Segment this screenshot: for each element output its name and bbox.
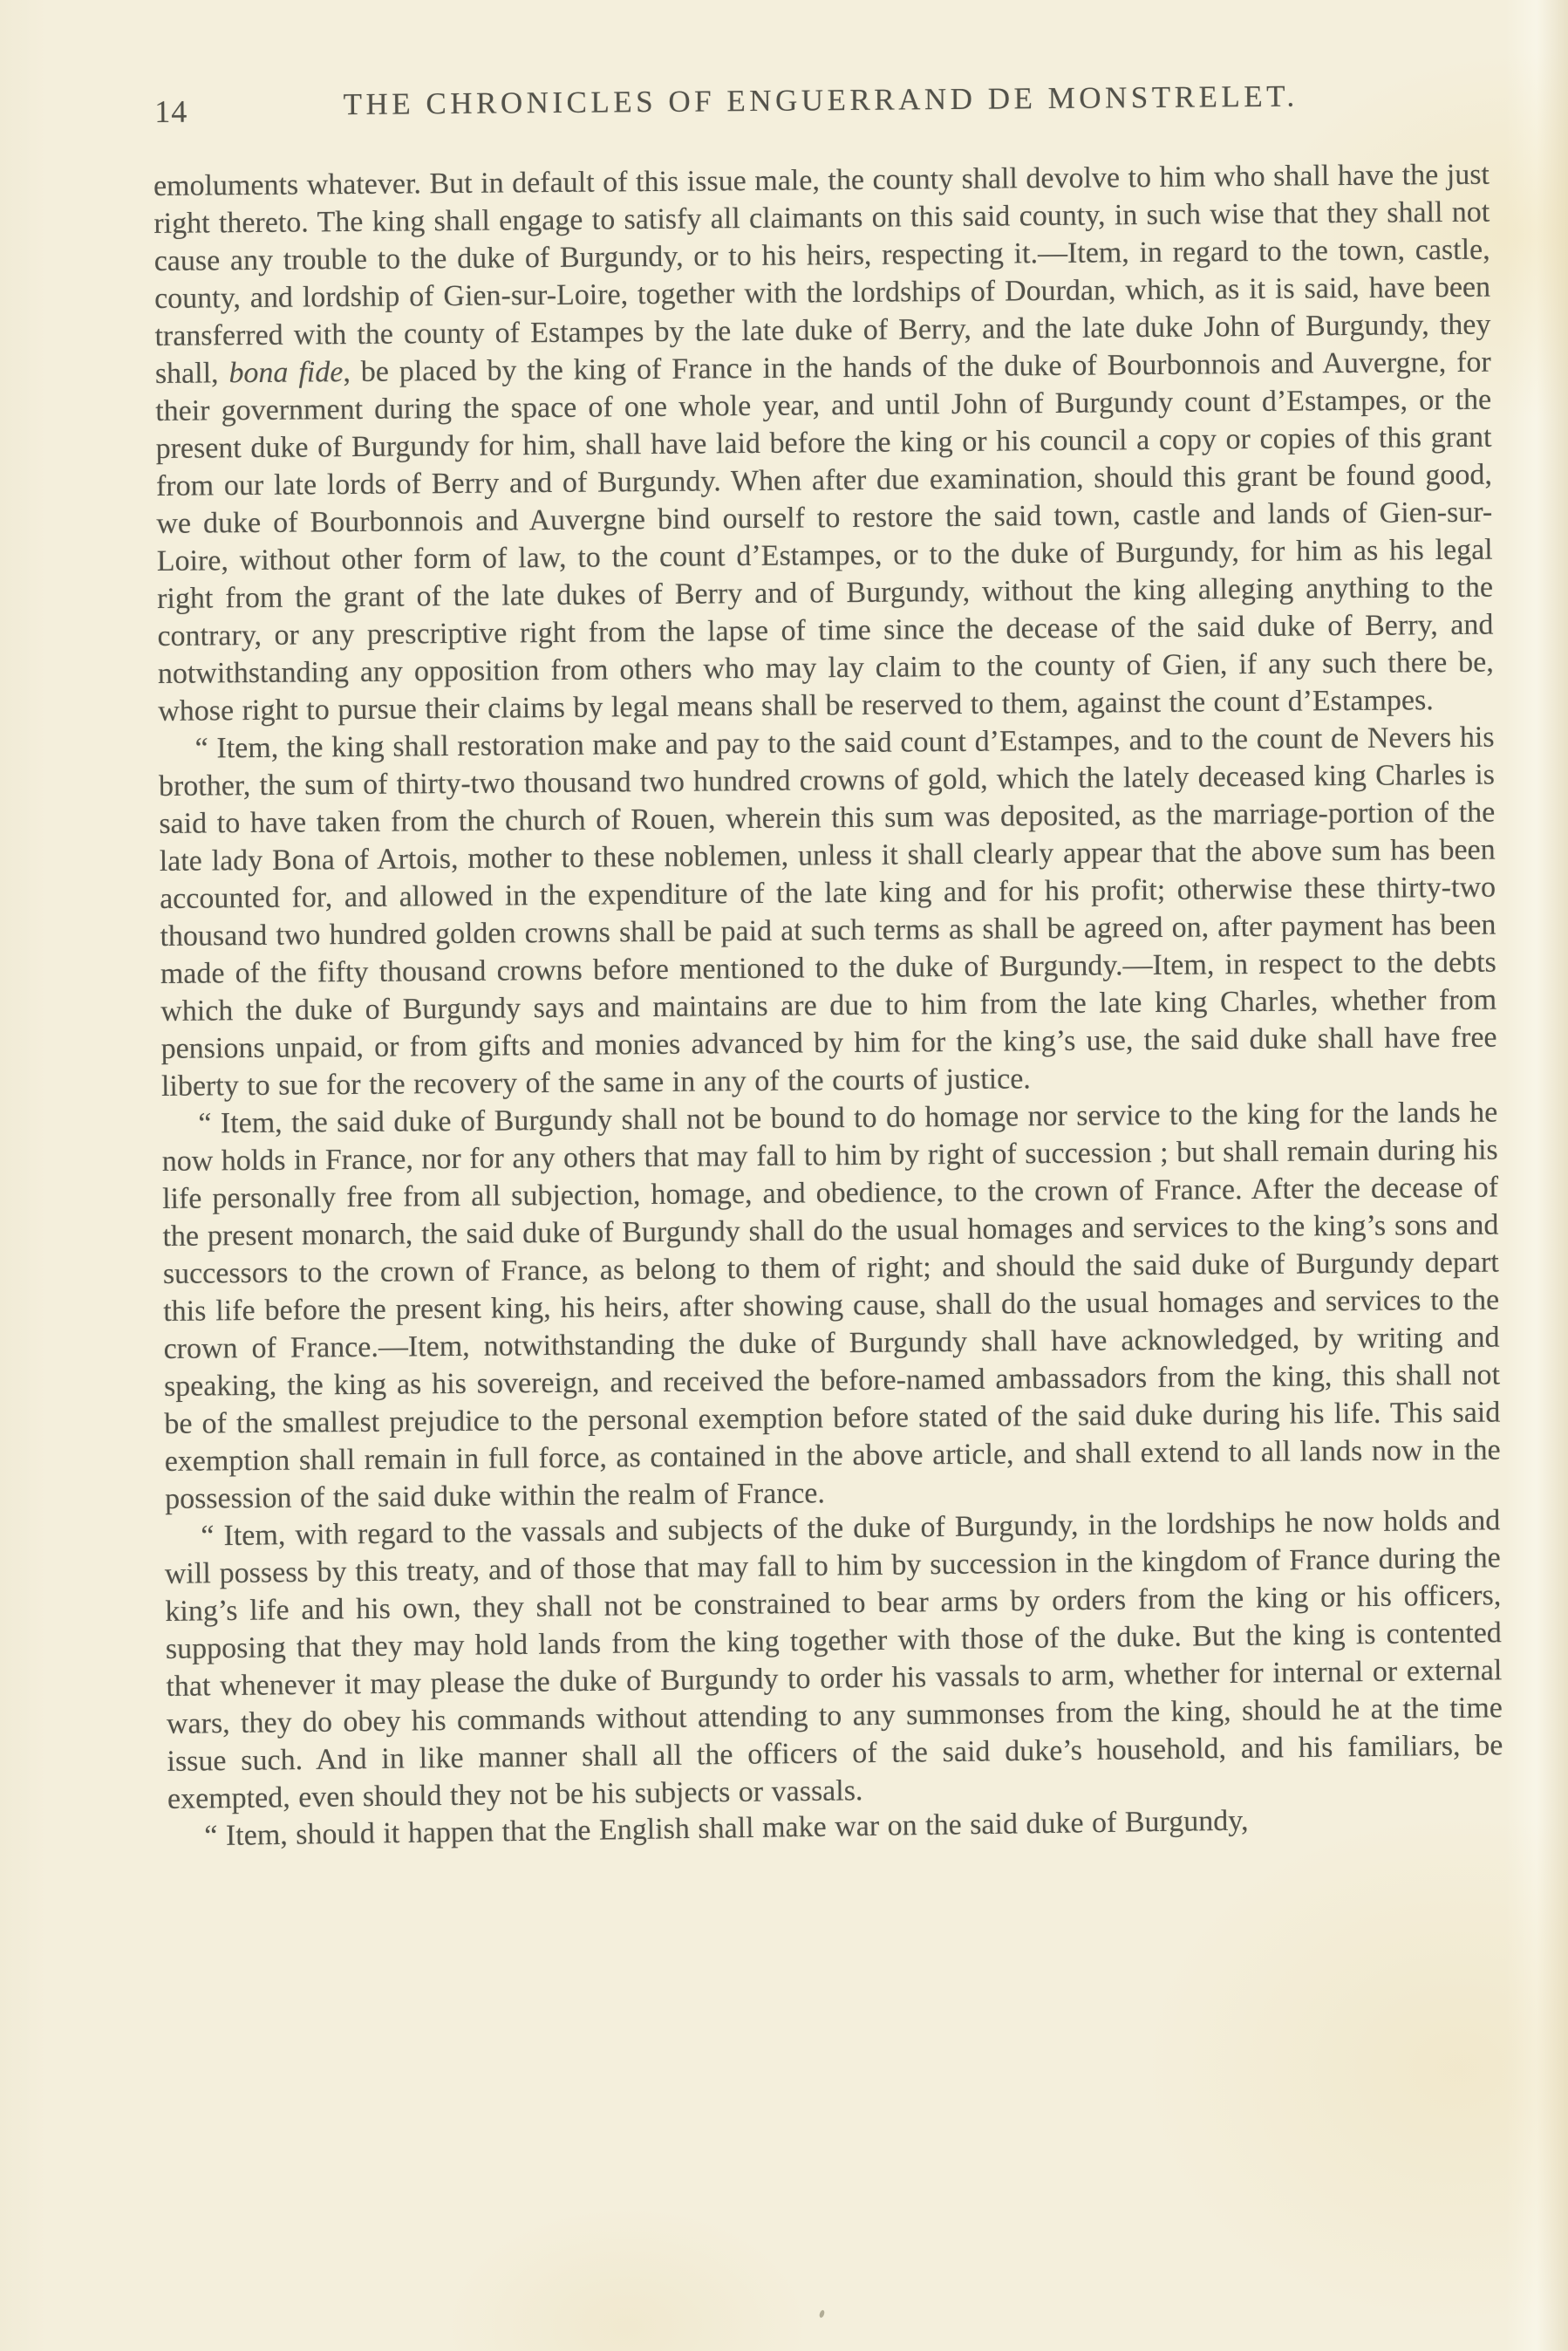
page-header: 14 THE CHRONICLES OF ENGUERRAND DE MONST… (153, 78, 1489, 131)
page-text: emoluments whatever. But in default of t… (153, 156, 1504, 1856)
paragraph: “ Item, with regard to the vassals and s… (164, 1501, 1503, 1818)
running-title: THE CHRONICLES OF ENGUERRAND DE MONSTREL… (153, 78, 1489, 124)
text-run: “ Item, with regard to the vassals and s… (165, 1504, 1503, 1815)
page-number: 14 (154, 93, 187, 130)
paragraph: “ Item, the said duke of Burgundy shall … (161, 1094, 1501, 1518)
page-content: 14 THE CHRONICLES OF ENGUERRAND DE MONST… (153, 78, 1504, 1856)
text-run: “ Item, the king shall restoration make … (159, 721, 1497, 1103)
paragraph: “ Item, the king shall restoration make … (158, 719, 1497, 1105)
text-run: , be placed by the king of France in the… (155, 346, 1494, 728)
italic-text-run: bona fide (228, 356, 343, 389)
book-page-scan: 14 THE CHRONICLES OF ENGUERRAND DE MONST… (0, 0, 1568, 2351)
paragraph: emoluments whatever. But in default of t… (153, 156, 1495, 730)
scan-speck (819, 2309, 826, 2318)
text-run: “ Item, the said duke of Burgundy shall … (162, 1097, 1501, 1515)
